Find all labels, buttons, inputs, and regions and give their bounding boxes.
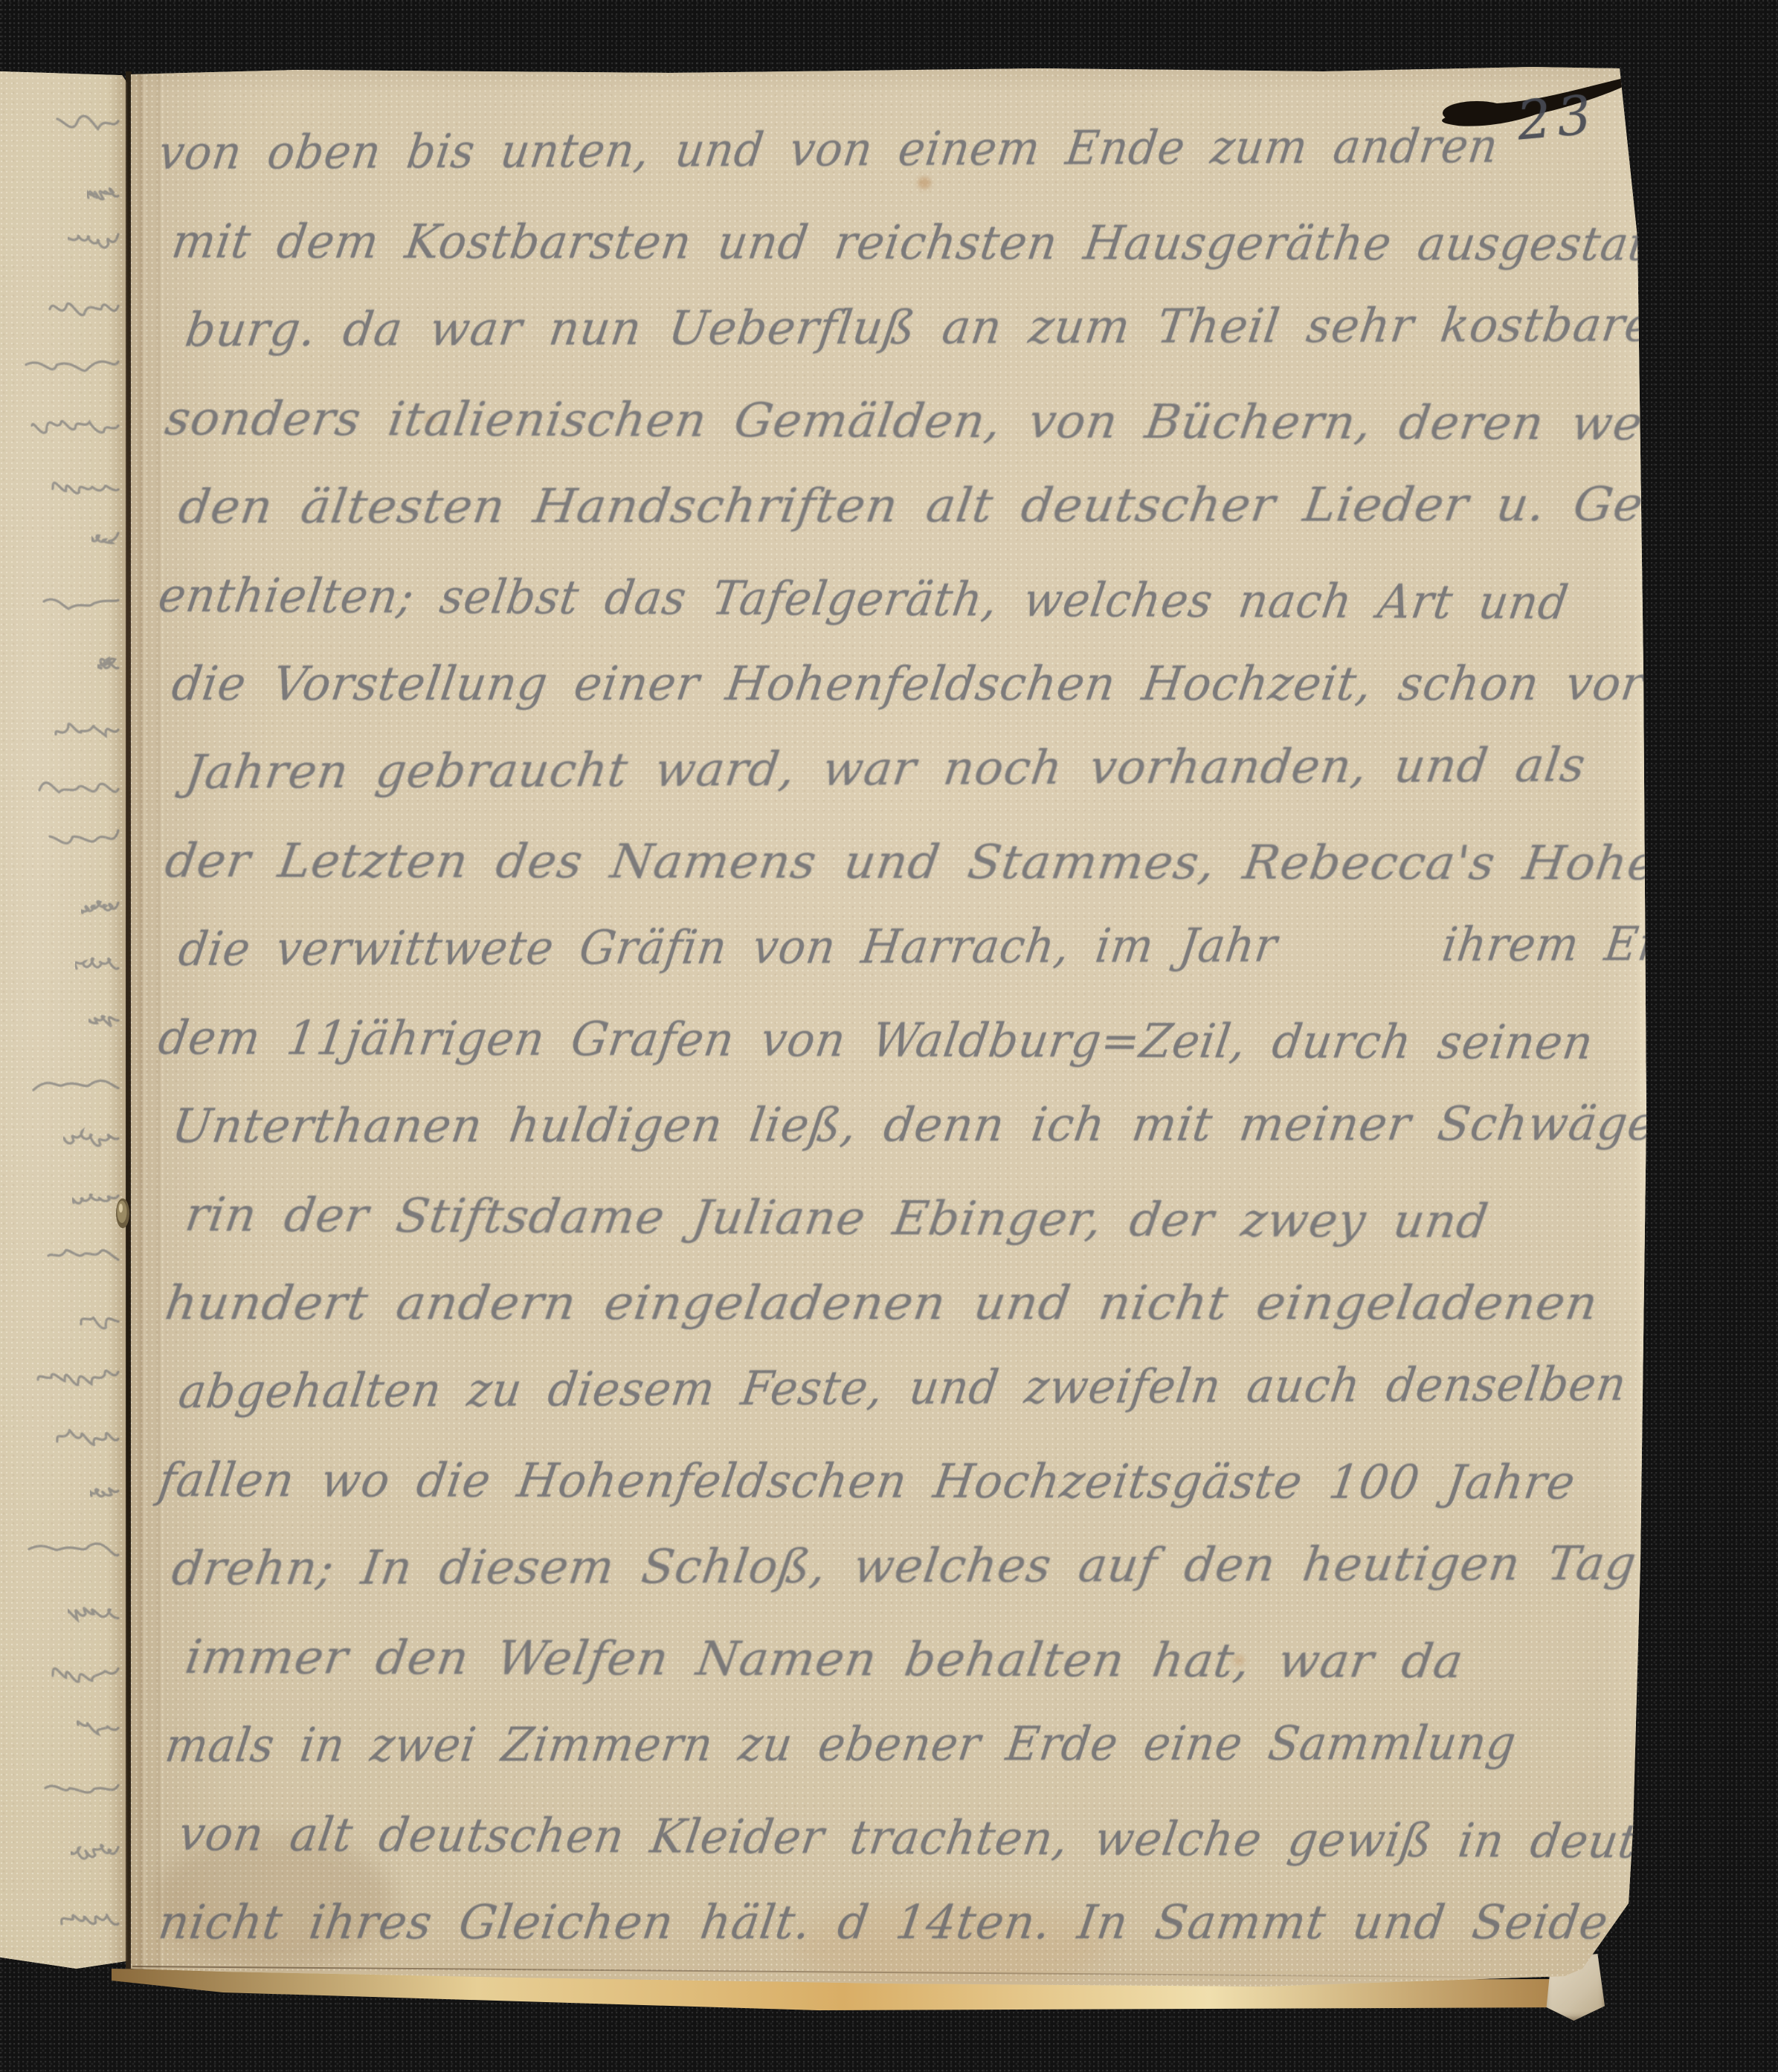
- handwritten-line-16: fallen wo die Hohenfeldschen Hochzeitsgä…: [153, 1436, 1620, 1526]
- binding-pin: [113, 1194, 132, 1233]
- handwritten-line-8: Jahren gebraucht ward, war noch vorhande…: [180, 720, 1681, 816]
- handwritten-line-21: nicht ihres Gleichen hält. d 14ten. In S…: [153, 1878, 1637, 1966]
- handwritten-line-1: von oben bis unten, und von einem Ende z…: [153, 101, 1571, 197]
- manuscript-page: 23 von oben bis unten, und von einem End…: [125, 64, 1649, 1989]
- handwritten-line-13: rin der Stiftsdame Juliane Ebinger, der …: [179, 1170, 1697, 1267]
- left-fold-crease: [137, 64, 147, 1989]
- handwritten-line-20: von alt deutschen Kleider trachten, welc…: [173, 1789, 1624, 1885]
- handwritten-line-19: mals in zwei Zimmern zu ebener Erde eine…: [160, 1699, 1578, 1789]
- handwritten-line-14: hundert andern eingeladenen und nicht ei…: [160, 1259, 1710, 1347]
- handwritten-line-3: burg. da war nun Ueberfluß an zum Theil …: [180, 280, 1663, 374]
- scanned-manuscript-photo: { "document": { "kind": "handwritten man…: [0, 0, 1778, 2072]
- handwritten-line-4: sonders italienischen Gemälden, von Büch…: [159, 374, 1677, 468]
- handwritten-line-11: dem 11jährigen Grafen von Waldburg=Zeil,…: [152, 993, 1603, 1087]
- handwritten-line-12: Unterthanen huldigen ließ, denn ich mit …: [167, 1079, 1650, 1170]
- handwriting-block: von oben bis unten, und von einem Ende z…: [173, 109, 1652, 1966]
- handwritten-line-5: den ältesten Handschriften alt deutscher…: [173, 459, 1723, 551]
- handwritten-line-2: mit dem Kostbarsten und reichsten Hausge…: [167, 197, 1617, 288]
- handwritten-line-6: enthielten; selbst das Tafelgeräth, welc…: [152, 551, 1588, 647]
- handwritten-line-9: der Letzten des Namens und Stammes, Rebe…: [160, 816, 1694, 908]
- handwritten-line-10: die verwittwete Gräfin von Harrach, im J…: [173, 900, 1591, 993]
- handwritten-line-7: die Vorstellung einer Hohenfeldschen Hoc…: [167, 639, 1634, 728]
- handwritten-line-18: immer den Welfen Namen behalten hat, war…: [179, 1613, 1713, 1706]
- handwritten-line-15: abgehalten zu diesem Feste, und zweifeln…: [173, 1340, 1607, 1436]
- handwritten-line-17: drehn; In diesem Schloß, welches auf den…: [167, 1519, 1667, 1613]
